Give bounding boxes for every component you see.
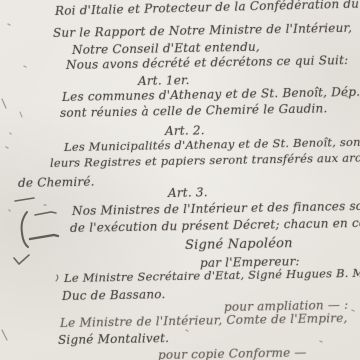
manuscript-article-heading: Art. 2. — [165, 124, 205, 137]
manuscript-line: Notre Conseil d'Etat entendu, — [72, 41, 260, 56]
manuscript-article-heading: Art. 1er. — [138, 74, 190, 87]
signature-montalivet-line: Signé Montalivet. — [58, 332, 169, 346]
manuscript-page: Roi d'Italie et Protecteur de la Confédé… — [0, 0, 360, 360]
manuscript-line: Duc de Bassano. — [62, 288, 166, 302]
manuscript-line: de Chemiré. — [18, 176, 95, 189]
manuscript-article-heading: Art. 3. — [168, 186, 208, 199]
signature-napoleon: Signé Napoléon — [185, 237, 293, 252]
manuscript-line: pour copie Conforme — — [158, 346, 307, 360]
